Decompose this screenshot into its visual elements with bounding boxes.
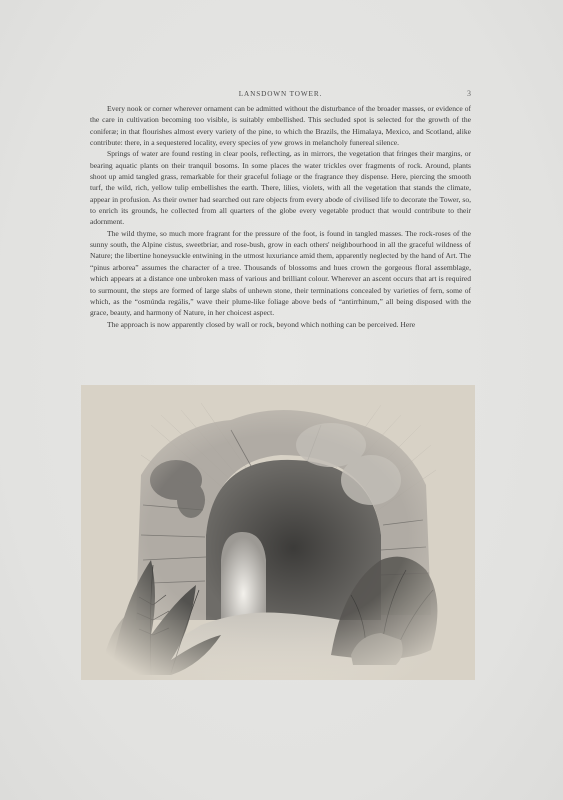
lithograph-plate: [81, 385, 475, 680]
running-head: LANSDOWN TOWER. 3: [90, 90, 471, 102]
paragraph: The approach is now apparently closed by…: [90, 319, 471, 330]
paragraph: Every nook or corner wherever ornament c…: [90, 103, 471, 148]
paragraph: The wild thyme, so much more fragrant fo…: [90, 228, 471, 319]
archway-illustration: [81, 385, 475, 680]
body-text: Every nook or corner wherever ornament c…: [90, 103, 471, 330]
vignette: [81, 385, 475, 680]
page-number: 3: [467, 89, 471, 98]
paragraph: Springs of water are found resting in cl…: [90, 148, 471, 227]
running-title: LANSDOWN TOWER.: [90, 90, 471, 98]
book-page: LANSDOWN TOWER. 3 Every nook or corner w…: [0, 0, 563, 800]
